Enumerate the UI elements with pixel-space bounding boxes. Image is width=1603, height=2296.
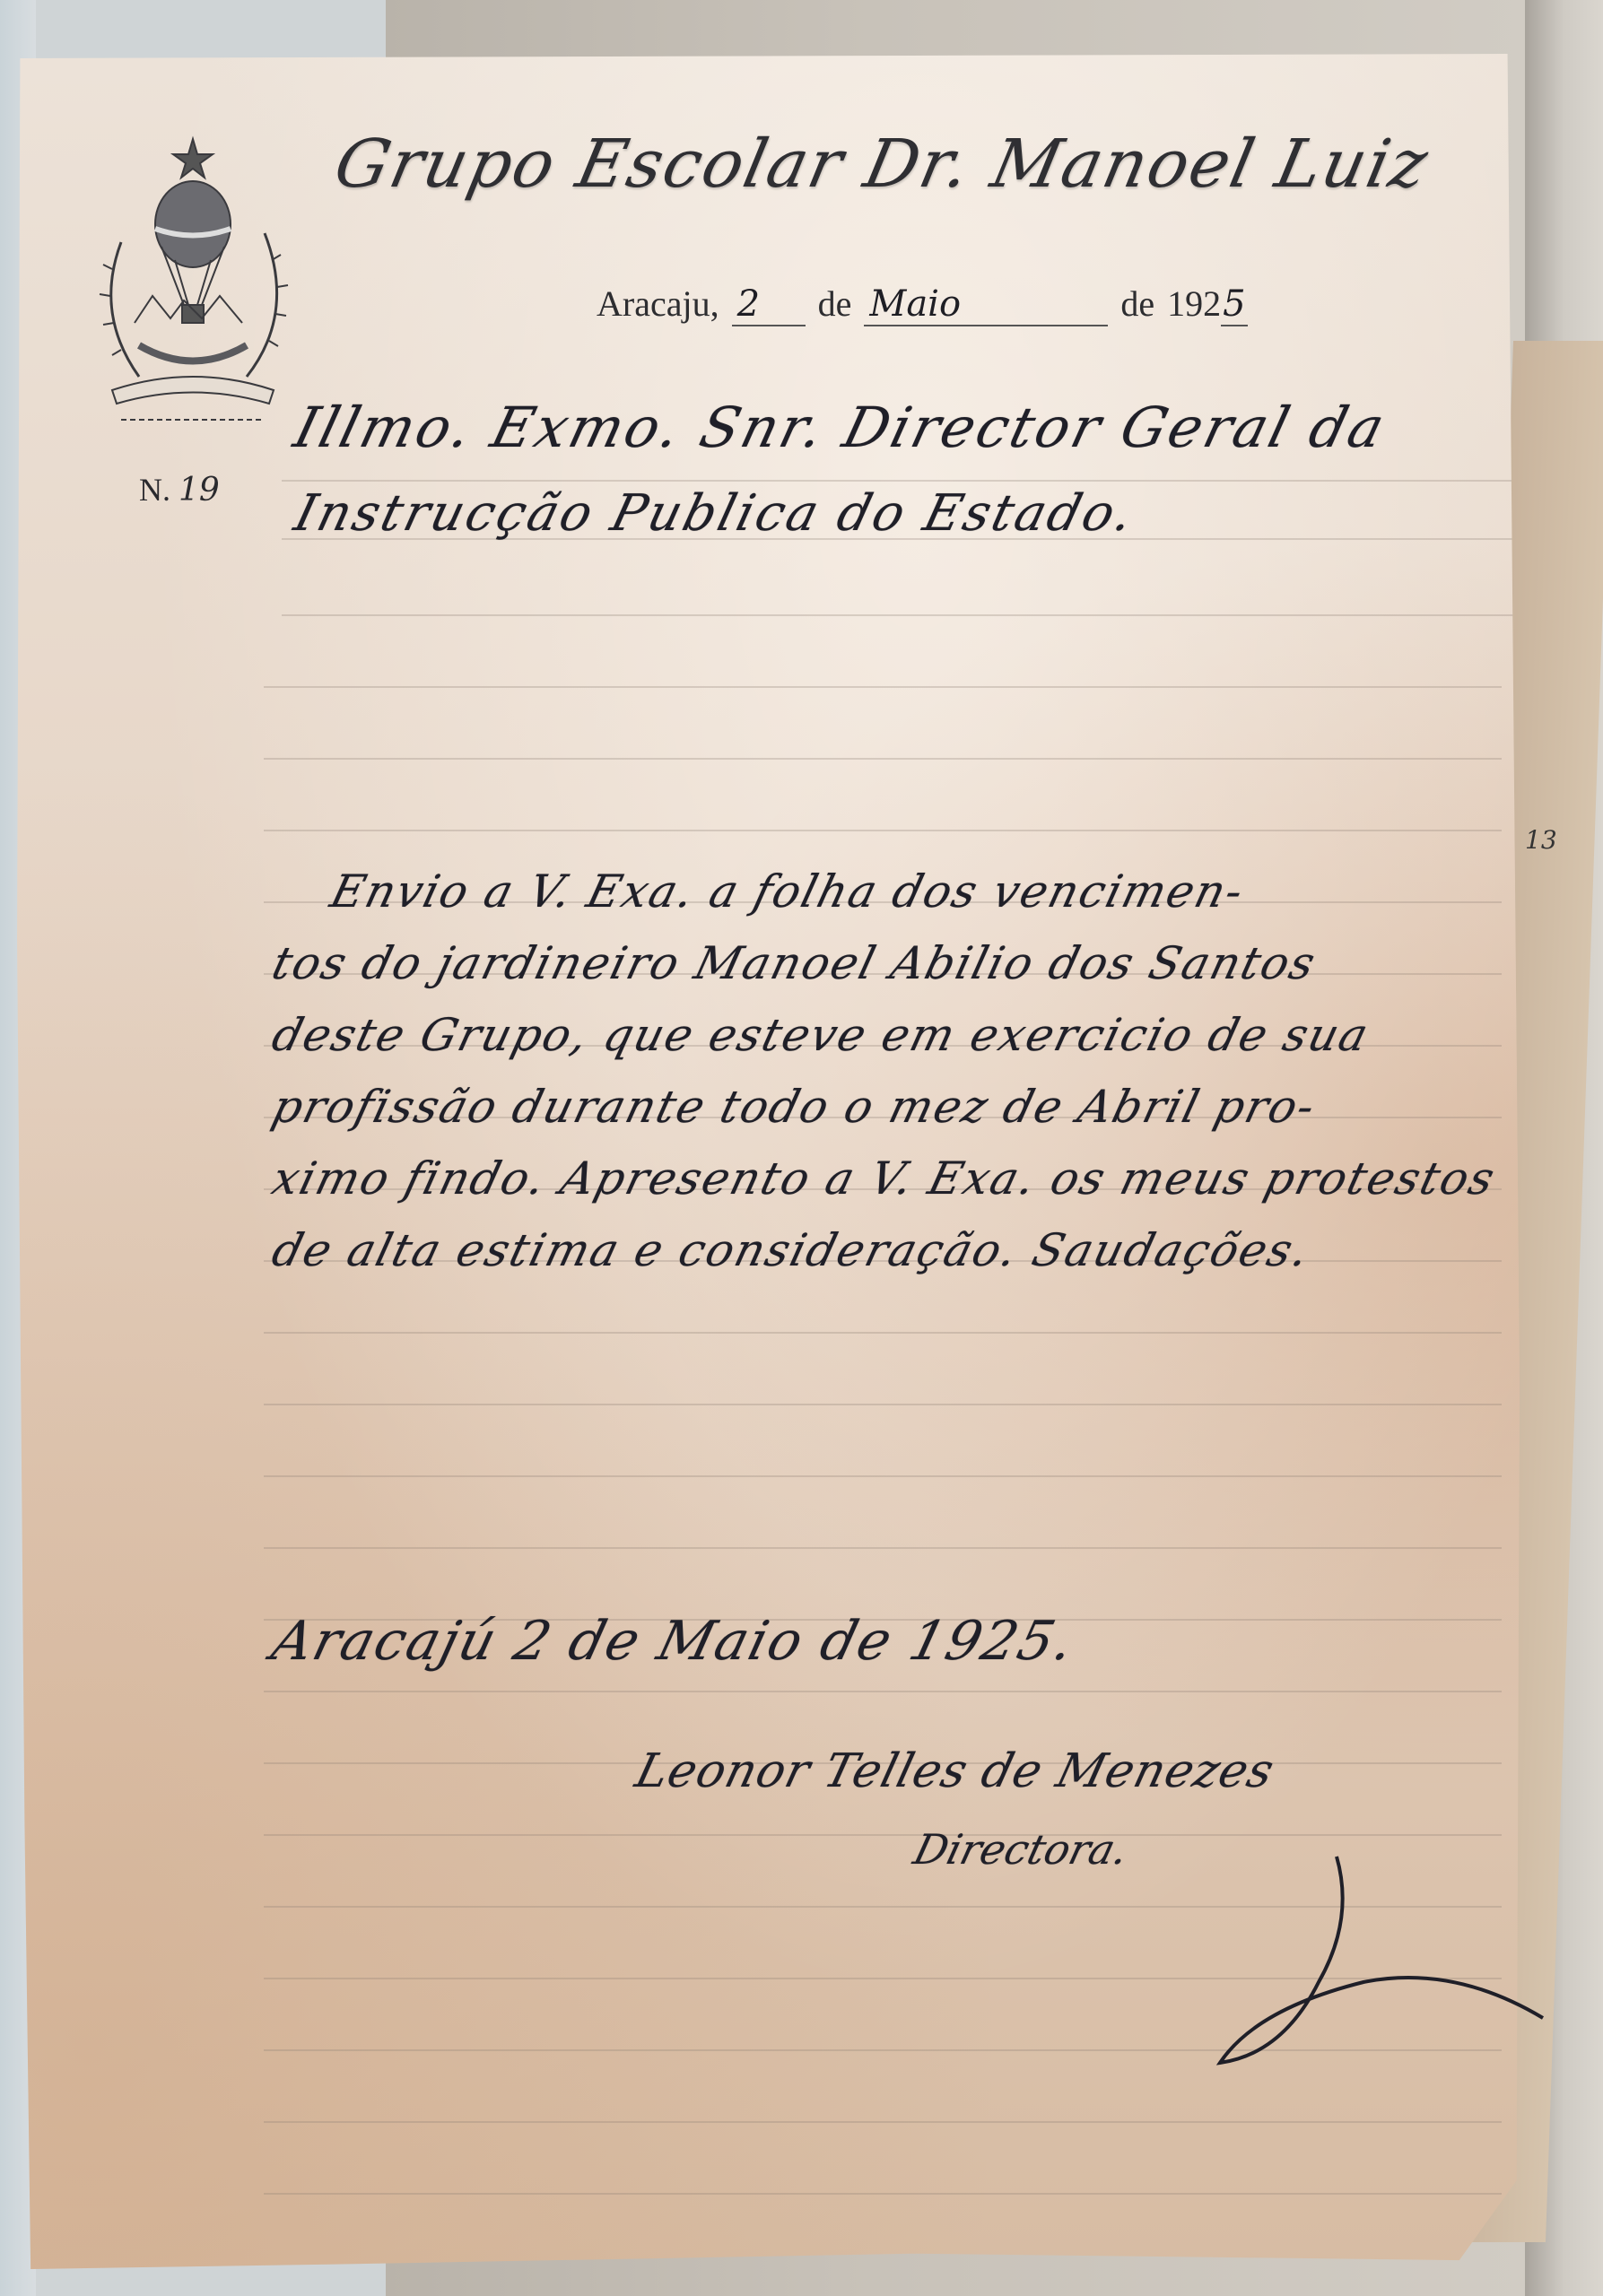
date-day: 2 [732, 283, 806, 326]
body-line: Envio a V. Exa. a folha dos vencimen- [326, 865, 1250, 918]
closing-date: Aracajú 2 de Maio de 1925. [266, 1610, 1082, 1673]
ruled-line [264, 1834, 1502, 1836]
body-line: tos do jardineiro Manoel Abilio dos Sant… [267, 937, 1322, 989]
letterhead-institution-name: Grupo Escolar Dr. Manoel Luiz [328, 126, 1436, 203]
ruled-line [264, 686, 1502, 688]
date-year-prefix: 192 [1167, 283, 1221, 324]
date-de-label: de [818, 283, 852, 325]
ruled-line [264, 2121, 1502, 2123]
date-month: Maio [864, 283, 1108, 326]
signature-title: Directora. [909, 1825, 1133, 1874]
body-line: de alta estima e consideração. Saudações… [267, 1224, 1316, 1276]
ruled-line [264, 1547, 1502, 1549]
date-year: 1925 [1167, 283, 1247, 326]
date-year-suffix: 5 [1221, 283, 1247, 326]
document-number: N. 19 [139, 471, 220, 509]
document-number-label: N. [139, 472, 170, 508]
ruled-line [264, 1475, 1502, 1477]
document-number-value: 19 [179, 472, 220, 509]
ruled-line [264, 1404, 1502, 1405]
ruled-line [264, 2193, 1502, 2195]
addressee-line-1: Illmo. Exmo. Snr. Director Geral da [288, 395, 1393, 460]
ruled-line [282, 614, 1520, 616]
ruled-line [264, 1332, 1502, 1334]
date-city: Aracaju, [597, 283, 719, 325]
margin-note: 13 [1525, 825, 1557, 855]
letterhead-date-line: Aracaju, 2 de Maio de 1925 [597, 283, 1248, 326]
ruled-line [282, 480, 1520, 482]
signature-name: Leonor Telles de Menezes [631, 1744, 1280, 1798]
ruled-line [264, 830, 1502, 831]
body-line: deste Grupo, que esteve em exercicio de … [267, 1009, 1375, 1061]
ruled-line [264, 758, 1502, 760]
ruled-line [264, 1691, 1502, 1692]
body-line: ximo findo. Apresento a V. Exa. os meus … [267, 1152, 1502, 1205]
addressee-line-2: Instrucção Publica do Estado. [289, 484, 1141, 543]
coat-of-arms-icon [85, 135, 301, 439]
body-line: profissão durante todo o mez de Abril pr… [267, 1081, 1322, 1133]
date-de-label-2: de [1120, 283, 1154, 325]
signature-flourish-icon [1202, 1848, 1561, 2081]
